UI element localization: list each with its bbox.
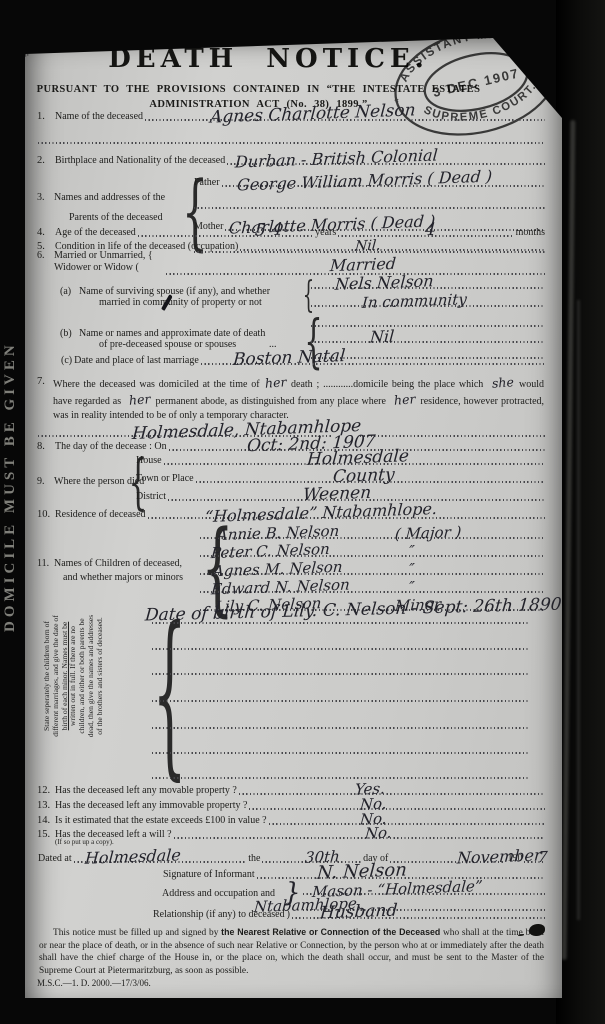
field-10-label: Residence of deceased <box>54 509 147 520</box>
field-2-row: 2. Birthplace and Nationality of the dec… <box>37 150 546 166</box>
stamp-date: 3 DEC 1907 <box>431 65 521 100</box>
field-11-label-line2: and whether majors or minors <box>63 572 183 583</box>
field-1-label: Name of the deceased <box>54 111 144 122</box>
relationship-paren: ) <box>286 909 291 920</box>
blank-dotted-row <box>37 129 546 145</box>
father-label: Father <box>193 177 221 188</box>
svg-text:ASSISTANT MASTER,: ASSISTANT MASTER, <box>390 14 547 86</box>
child-status: ″ <box>408 542 415 560</box>
dotted-line <box>152 777 530 779</box>
field-7-ins2: she <box>487 375 520 392</box>
field-10-row: 10. Residence of deceased “Holmesdale” N… <box>37 504 546 520</box>
field-13-row: 13. Has the deceased left any immovable … <box>37 795 546 811</box>
field-15-number: 15. <box>37 829 54 840</box>
field-7-paragraph: Where the deceased was domiciled at the … <box>53 376 544 424</box>
town-label: Town or Place <box>135 473 195 484</box>
dotted-line <box>311 325 545 327</box>
field-7-seg4: permanent abode, as distinguished from a… <box>156 396 386 407</box>
predeceased-row: Nil <box>310 328 546 344</box>
field-6c-tag: (c) <box>60 355 73 366</box>
stamp-top-text: ASSISTANT MASTER, <box>390 14 547 86</box>
field-11-label-line1: Names of Children of deceased, <box>54 558 182 569</box>
signature-row: Signature of Informant N. Nelson <box>162 864 546 880</box>
relationship-value: Husband <box>319 901 398 924</box>
field-6c-row: (c) Date and place of last marriage Bost… <box>60 350 546 366</box>
page-edge-streak <box>577 300 580 920</box>
footer-bold: the Nearest Relative or Connection of th… <box>221 927 440 937</box>
community-row: In community <box>310 292 546 308</box>
blank-dotted-row <box>193 194 546 210</box>
side-note-line: of the brothers and sisters of deceased. <box>96 590 105 762</box>
brace-open: { <box>153 604 187 782</box>
dotted-line <box>194 207 545 209</box>
footer-seg1: This notice must be filled up and signed… <box>53 928 221 938</box>
field-8-number: 8. <box>37 441 54 452</box>
field-1-row: 1. Name of the deceased Agnes Charlotte … <box>37 106 546 122</box>
field-3-label-line1: Names and addresses of the <box>54 192 165 203</box>
dotted-line <box>152 648 530 650</box>
field-6-label-line2: Widower or Widow ( <box>54 262 139 273</box>
spouse-name-value: Nels Nelson <box>334 271 434 294</box>
field-10-number: 10. <box>37 509 54 520</box>
district-label: District <box>135 491 167 502</box>
field-6a-label-line1: Name of surviving spouse (if any), and w… <box>79 286 270 297</box>
relationship-label: Relationship (if any) to deceased <box>152 909 286 920</box>
form-reference-number: M.S.C.—1. D. 2000.—17/3/06. <box>37 978 151 988</box>
field-15-subnote: (If so put up a copy). <box>55 838 114 846</box>
relationship-row: Relationship (if any) to deceased ) Husb… <box>152 904 546 920</box>
field-7-ins4: her <box>388 391 420 408</box>
field-11-number: 11. <box>37 558 49 569</box>
house-row: House Holmesdale <box>135 450 546 466</box>
child-status: ″ <box>408 578 415 596</box>
field-3-number: 3. <box>37 192 45 203</box>
field-7-number: 7. <box>37 376 45 387</box>
children-note-block: State seperately the children born of di… <box>37 614 546 784</box>
dotted-line <box>152 700 530 702</box>
field-1-number: 1. <box>37 111 54 122</box>
children-side-instructions: State seperately the children born of di… <box>43 590 105 762</box>
field-9-group: 9. Where the person died { House Holmesd… <box>37 452 546 510</box>
death-notice-form: ʺ DEATH NOTICE. PURSUANT TO THE PROVISIO… <box>25 38 562 998</box>
field-6a-label-line2: married in community of property or not <box>99 297 262 308</box>
footer-instructions: This notice must be filled up and signed… <box>39 926 544 977</box>
child-status: ″ <box>408 560 415 578</box>
child-row: Annie B. Nelson ( Major ) <box>199 524 546 540</box>
blank-dotted-row <box>310 312 546 328</box>
dotted-line <box>38 142 545 144</box>
dotted-line <box>152 752 530 754</box>
field-6b-tag: (b) <box>60 328 72 339</box>
field-6-number: 6. <box>37 250 45 261</box>
town-row: Town or Place County <box>135 468 546 484</box>
margin-stamp-domicile: DOMICILE MUST BE GIVEN <box>2 298 24 632</box>
field-9-number: 9. <box>37 476 45 487</box>
field-2-value: Durban - British Colonial <box>234 145 438 171</box>
spouse-name-row: Nels Nelson <box>310 274 546 290</box>
child-row: Edward N. Nelson ″ <box>199 578 546 594</box>
field-6c-label: Date and place of last marriage <box>73 355 200 366</box>
dated-the: the <box>247 853 261 864</box>
field-2-number: 2. <box>37 155 54 166</box>
dotted-line <box>311 341 545 343</box>
field-6c-value: Boston Natal <box>232 346 346 370</box>
field-6a-group: (a) Name of surviving spouse (if any), a… <box>37 278 546 314</box>
child-status: ( Major ) <box>394 523 462 543</box>
field-15-value: No. <box>364 824 392 843</box>
father-row: Father George William Morris ( Dead ) <box>193 172 546 188</box>
dotted-line <box>174 837 545 839</box>
dated-prefix: Dated at <box>37 853 73 864</box>
field-6a-tag: (a) <box>60 286 71 297</box>
field-7-ins1: her <box>259 375 291 392</box>
child-row: Agnes M. Nelson ″ <box>199 560 546 576</box>
field-6-label-line1: Married or Unmarried, { <box>54 250 153 261</box>
community-value: In community <box>361 290 467 312</box>
field-7-seg2: death ; ............domicile being the p… <box>291 379 483 390</box>
dated-row: Dated at the day of 190 Holmesdale 30th … <box>37 848 546 864</box>
house-label: House <box>135 455 163 466</box>
father-value: George William Morris ( Dead ) <box>236 167 492 195</box>
field-6b-label-line1: Name or names and approximate date of de… <box>79 328 265 339</box>
field-12-row: 12. Has the deceased left any movable pr… <box>37 780 546 796</box>
address-row-1: Mason - “Holmesdale” <box>302 880 546 896</box>
field-7-ins3: her <box>124 391 156 408</box>
signature-label: Signature of Informant <box>162 869 256 880</box>
field-6b-label-line2: of pre-deceased spouse or spouses <box>99 339 236 350</box>
dotted-line <box>152 673 530 675</box>
district-row: District Weenen <box>135 486 546 502</box>
field-7-seg1: Where the deceased was domiciled at the … <box>53 379 260 390</box>
scanned-death-notice-page: { "colors": {"paper":"#cbcbc9","ink":"#1… <box>0 0 605 1024</box>
dotted-line <box>152 727 530 729</box>
child-row: Peter C. Nelson ″ <box>199 542 546 558</box>
